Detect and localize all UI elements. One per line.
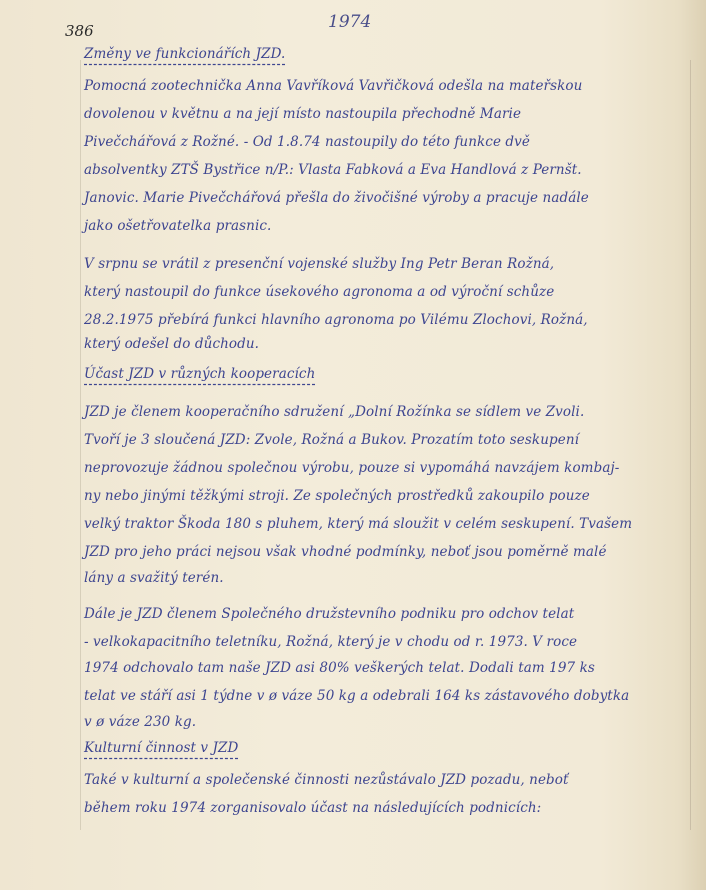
text-line: během roku 1974 zorganisovalo účast na n… — [84, 800, 541, 816]
text-line: Tvoří je 3 sloučená JZD: Zvole, Rožná a … — [84, 432, 579, 448]
text-line: V srpnu se vrátil z presenční vojenské s… — [84, 256, 554, 272]
left-margin-line — [80, 60, 81, 830]
text-line: velký traktor Škoda 180 s pluhem, který … — [84, 516, 632, 532]
text-line: Pivečchářová z Rožné. - Od 1.8.74 nastou… — [84, 134, 530, 150]
text-line: Pomocná zootechnička Anna Vavříková Vavř… — [84, 78, 582, 94]
text-line: jako ošetřovatelka prasnic. — [84, 218, 271, 234]
text-line: lány a svažitý terén. — [84, 570, 224, 586]
text-line: Janovic. Marie Pivečchářová přešla do ži… — [84, 190, 589, 206]
text-line: JZD je členem kooperačního sdružení „Dol… — [84, 404, 584, 420]
text-line: který nastoupil do funkce úsekového agro… — [84, 284, 554, 300]
text-line: 1974 odchovalo tam naše JZD asi 80% vešk… — [84, 660, 595, 676]
page-number: 386 — [65, 22, 94, 40]
text-line: neprovozuje žádnou společnou výrobu, pou… — [84, 460, 619, 476]
text-line: absolventky ZTŠ Bystřice n/P.: Vlasta Fa… — [84, 162, 582, 178]
text-line: Dále je JZD členem Společného družstevní… — [84, 606, 574, 622]
text-line: dovolenou v květnu a na její místo nasto… — [84, 106, 521, 122]
right-margin-line — [690, 60, 691, 830]
section-heading-cultural-activity: Kulturní činnost v JZD — [84, 740, 238, 756]
text-line: Také v kulturní a společenské činnosti n… — [84, 772, 569, 788]
section-heading-cooperations: Účast JZD v různých kooperacích — [84, 366, 315, 382]
text-line: který odešel do důchodu. — [84, 336, 259, 352]
year-title: 1974 — [328, 12, 371, 32]
text-line: telat ve stáří asi 1 týdne v ø váze 50 k… — [84, 688, 629, 704]
text-line: 28.2.1975 přebírá funkci hlavního agrono… — [84, 312, 588, 328]
handwritten-chronicle-page: 386 1974 Změny ve funkcionářích JZD. Pom… — [0, 0, 706, 890]
section-heading-changes-in-officials: Změny ve funkcionářích JZD. — [84, 46, 285, 62]
text-line: JZD pro jeho práci nejsou však vhodné po… — [84, 544, 607, 560]
text-line: - velkokapacitního teletníku, Rožná, kte… — [84, 634, 577, 650]
text-line: v ø váze 230 kg. — [84, 714, 196, 730]
text-line: ny nebo jinými těžkými stroji. Ze společ… — [84, 488, 590, 504]
